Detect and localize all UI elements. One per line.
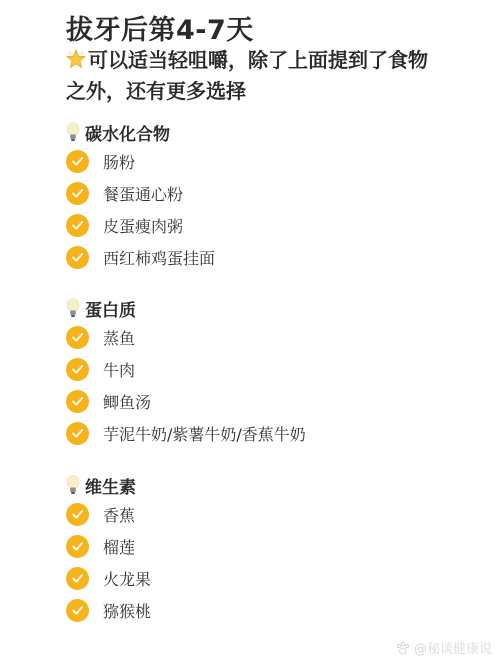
list-item: 火龙果: [66, 562, 151, 594]
list-item: 牛肉: [66, 353, 306, 385]
item-label: 皮蛋瘦肉粥: [103, 214, 183, 237]
paw-icon: [396, 641, 410, 655]
star-icon: [66, 49, 86, 69]
list-item: 鲫鱼汤: [66, 385, 306, 417]
check-icon: [66, 246, 89, 269]
item-label: 鲫鱼汤: [103, 390, 151, 413]
list-item: 猕猴桃: [66, 594, 151, 626]
list-item: 榴莲: [66, 530, 151, 562]
list-item: 皮蛋瘦肉粥: [66, 209, 215, 241]
list-item: 香蕉: [66, 498, 151, 530]
section-title: 碳水化合物: [85, 120, 170, 145]
item-label: 火龙果: [103, 567, 151, 590]
item-label: 香蕉: [103, 503, 135, 526]
lightbulb-icon: [66, 475, 80, 495]
watermark: @秘谈健康说: [396, 638, 492, 657]
section-vitamins: 维生素 香蕉 榴莲 火龙果 猕猴桃: [66, 472, 151, 626]
section-header: 碳水化合物: [66, 119, 215, 145]
item-label: 芋泥牛奶/紫薯牛奶/香蕉牛奶: [103, 422, 306, 445]
item-label: 西红柿鸡蛋挂面: [103, 246, 215, 269]
check-icon: [66, 214, 89, 237]
check-icon: [66, 535, 89, 558]
page-title: 拔牙后第4-7天: [66, 8, 254, 47]
item-label: 餐蛋通心粉: [103, 182, 183, 205]
check-icon: [66, 422, 89, 445]
list-item: 肠粉: [66, 145, 215, 177]
item-label: 猕猴桃: [103, 599, 151, 622]
subtitle: 可以适当轻咀嚼，除了上面提到了食物之外，还有更多选择: [66, 45, 446, 107]
check-icon: [66, 390, 89, 413]
lightbulb-icon: [66, 298, 80, 318]
section-carbohydrates: 碳水化合物 肠粉 餐蛋通心粉 皮蛋瘦肉粥 西红柿鸡蛋挂面: [66, 119, 215, 273]
section-protein: 蛋白质 蒸鱼 牛肉 鲫鱼汤 芋泥牛奶/紫薯牛奶/香蕉牛奶: [66, 295, 306, 449]
check-icon: [66, 182, 89, 205]
section-title: 维生素: [85, 473, 136, 498]
list-item: 西红柿鸡蛋挂面: [66, 241, 215, 273]
section-header: 蛋白质: [66, 295, 306, 321]
check-icon: [66, 358, 89, 381]
item-label: 蒸鱼: [103, 326, 135, 349]
check-icon: [66, 567, 89, 590]
item-label: 肠粉: [103, 150, 135, 173]
item-label: 榴莲: [103, 535, 135, 558]
subtitle-text: 可以适当轻咀嚼，除了上面提到了食物之外，还有更多选择: [66, 48, 428, 103]
list-item: 芋泥牛奶/紫薯牛奶/香蕉牛奶: [66, 417, 306, 449]
section-header: 维生素: [66, 472, 151, 498]
watermark-text: @秘谈健康说: [414, 638, 492, 657]
list-item: 餐蛋通心粉: [66, 177, 215, 209]
item-label: 牛肉: [103, 358, 135, 381]
check-icon: [66, 599, 89, 622]
section-title: 蛋白质: [85, 296, 136, 321]
list-item: 蒸鱼: [66, 321, 306, 353]
check-icon: [66, 150, 89, 173]
check-icon: [66, 326, 89, 349]
lightbulb-icon: [66, 122, 80, 142]
check-icon: [66, 503, 89, 526]
